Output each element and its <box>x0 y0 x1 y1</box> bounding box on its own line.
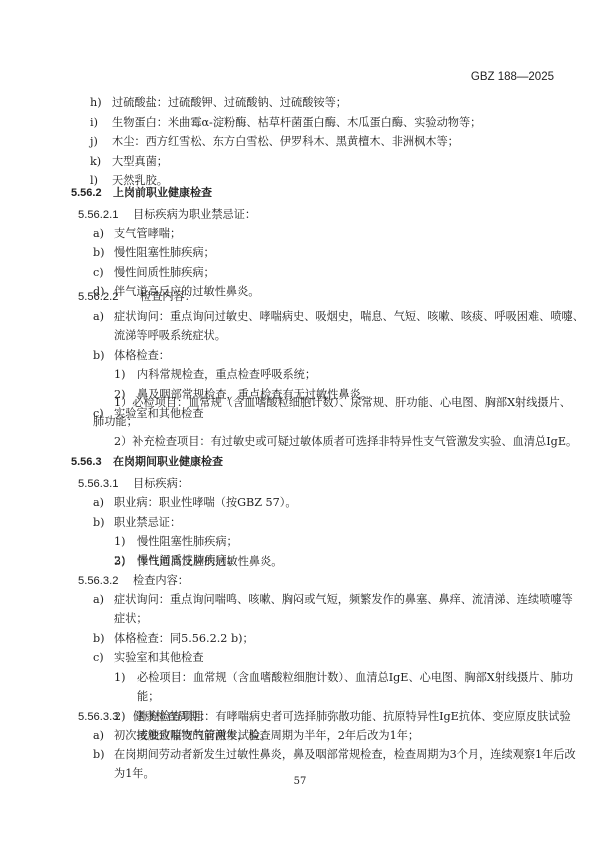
subsection-title: 检查内容： <box>133 574 189 588</box>
subsection-title: 检查内容： <box>140 290 196 304</box>
list-item-text: 职业禁忌证： <box>114 516 181 530</box>
sub-list-item-text: 内科常规检查，重点检查呼吸系统； <box>137 368 316 382</box>
list-marker: c) <box>93 651 104 665</box>
document-id: GBZ 188—2025 <box>471 71 554 83</box>
page-number: 57 <box>0 776 600 787</box>
list-marker: c) <box>93 266 104 280</box>
list-marker: b) <box>93 349 105 363</box>
list-marker: b) <box>93 748 105 762</box>
list-marker: b) <box>93 632 105 646</box>
subsection-title: 目标疾病： <box>133 477 189 491</box>
list-marker: a) <box>93 496 104 510</box>
list-item-text: 体格检查： <box>114 349 170 363</box>
list-item-text-cont: 症状； <box>114 612 148 626</box>
subsection-title: 健康检查周期： <box>133 710 211 724</box>
sub-list-marker: 1) <box>114 368 125 382</box>
sub-list-item-text: 伴气道高反应的过敏性鼻炎。 <box>137 555 282 569</box>
section-number: 5.56.2 <box>71 186 102 200</box>
list-item-text: 支气管哮喘； <box>114 227 181 241</box>
sub-list-item-text: 必检项目：血常规（含血嗜酸粒细胞计数）、血清总IgE、心电图、胸部X射线摄片、肺… <box>137 671 573 685</box>
sub-list-item-text-cont: 肺功能； <box>93 415 138 429</box>
list-item-text: 木尘：西方红雪松、东方白雪松、伊罗科木、黑黄檀木、非洲枫木等； <box>112 135 459 149</box>
list-item: k) <box>90 155 101 169</box>
section-title: 上岗前职业健康检查 <box>113 186 212 200</box>
list-item-text: 职业病：职业性哮喘（按GBZ 57）。 <box>114 496 297 510</box>
subsection-number: 5.56.3.2 <box>78 574 118 588</box>
list-marker: a) <box>93 310 104 324</box>
subsection-number: 5.56.3.1 <box>78 477 118 491</box>
list-item-text: 体格检查：同5.56.2.2 b)； <box>114 632 254 646</box>
list-item-text: 症状询问：重点询问喘鸣、咳嗽、胸闷或气短，频繁发作的鼻塞、鼻痒、流清涕、连续喷嚏… <box>114 593 573 607</box>
list-item-text: 症状询问：重点询问过敏史、哮喘病史、吸烟史，喘息、气短、咳嗽、咳痰、呼吸困难、喷… <box>114 310 584 324</box>
list-marker: b) <box>93 246 105 260</box>
sub-list-item-text: 1）必检项目：血常规（含血嗜酸粒细胞计数）、尿常规、肝功能、心电图、胸部X射线摄… <box>114 396 571 410</box>
list-marker: b) <box>93 516 105 530</box>
list-item-text: 在岗期间劳动者新发生过敏性鼻炎，鼻及咽部常规检查，检查周期为3个月，连续观察1年… <box>114 748 576 762</box>
sub-list-marker: 1) <box>114 671 125 685</box>
subsection-number: 5.56.3.3 <box>78 710 118 724</box>
subsection-title: 目标疾病为职业禁忌证： <box>133 208 256 222</box>
list-item-text: 慢性阻塞性肺疾病； <box>114 246 215 260</box>
section-title: 在岗期间职业健康检查 <box>113 455 223 469</box>
list-item-text-cont: 流涕等呼吸系统症状。 <box>114 329 226 343</box>
list-marker: a) <box>93 729 104 743</box>
sub-list-marker-3: 3) <box>114 555 125 569</box>
list-item-text: 初次接触致喘物的前两年，检查周期为半年，2年后改为1年； <box>114 729 419 743</box>
section-number: 5.56.3 <box>71 455 102 469</box>
list-item: i) <box>90 116 98 130</box>
sub-list-item-text: 慢性阻塞性肺疾病； <box>137 535 238 549</box>
sub-list-item-text-cont: 能； <box>137 690 159 704</box>
list-item-text: 实验室和其他检查 <box>114 651 204 665</box>
list-marker: a) <box>93 593 104 607</box>
list-item-text: 生物蛋白：米曲霉α-淀粉酶、枯草杆菌蛋白酶、木瓜蛋白酶、实验动物等； <box>112 116 481 130</box>
list-item: h) <box>90 96 102 110</box>
sub-list-item-text: 2）补充检查项目：有过敏史或可疑过敏体质者可选择非特异性支气管激发实验、血清总I… <box>114 435 577 449</box>
list-item-text: 大型真菌； <box>112 155 168 169</box>
list-item-text: 慢性间质性肺疾病； <box>114 266 215 280</box>
list-item: j) <box>90 135 98 149</box>
list-item-text: 过硫酸盐：过硫酸钾、过硫酸钠、过硫酸铵等； <box>112 96 347 110</box>
subsection-number: 5.56.2.1 <box>78 208 118 222</box>
list-marker: a) <box>93 227 104 241</box>
subsection-number: 5.56.2.2 <box>78 290 118 304</box>
sub-list-marker: 1) <box>114 535 125 549</box>
